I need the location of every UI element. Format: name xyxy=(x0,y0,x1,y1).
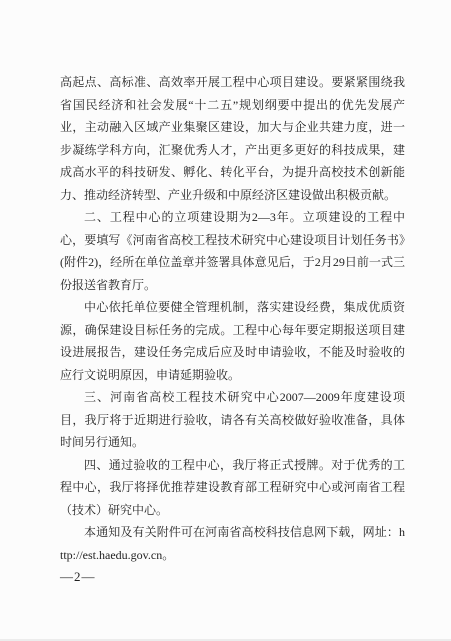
paragraph-download-notice: 本通知及有关附件可在河南省高校科技信息网下载，网址：http://est.hae… xyxy=(60,521,405,566)
document-body: 高起点、高标准、高效率开展工程中心项目建设。要紧紧围绕我省国民经济和社会发展“十… xyxy=(60,71,405,566)
document-page: 高起点、高标准、高效率开展工程中心项目建设。要紧紧围绕我省国民经济和社会发展“十… xyxy=(0,0,451,641)
paragraph-center-duty: 中心依托单位要健全管理机制，落实建设经费，集成优质资源，确保建设目标任务的完成。… xyxy=(60,296,405,386)
paragraph-item-4: 四、通过验收的工程中心，我厅将正式授牌。对于优秀的工程中心，我厅将择优推荐建设教… xyxy=(60,454,405,522)
page-number: —2— xyxy=(60,569,96,585)
paragraph-continuation: 高起点、高标准、高效率开展工程中心项目建设。要紧紧围绕我省国民经济和社会发展“十… xyxy=(60,71,405,206)
paragraph-item-2: 二、工程中心的立项建设期为2—3年。立项建设的工程中心，要填写《河南省高校工程技… xyxy=(60,206,405,296)
paragraph-item-3: 三、河南省高校工程技术研究中心2007—2009年度建设项目，我厅将于近期进行验… xyxy=(60,386,405,454)
